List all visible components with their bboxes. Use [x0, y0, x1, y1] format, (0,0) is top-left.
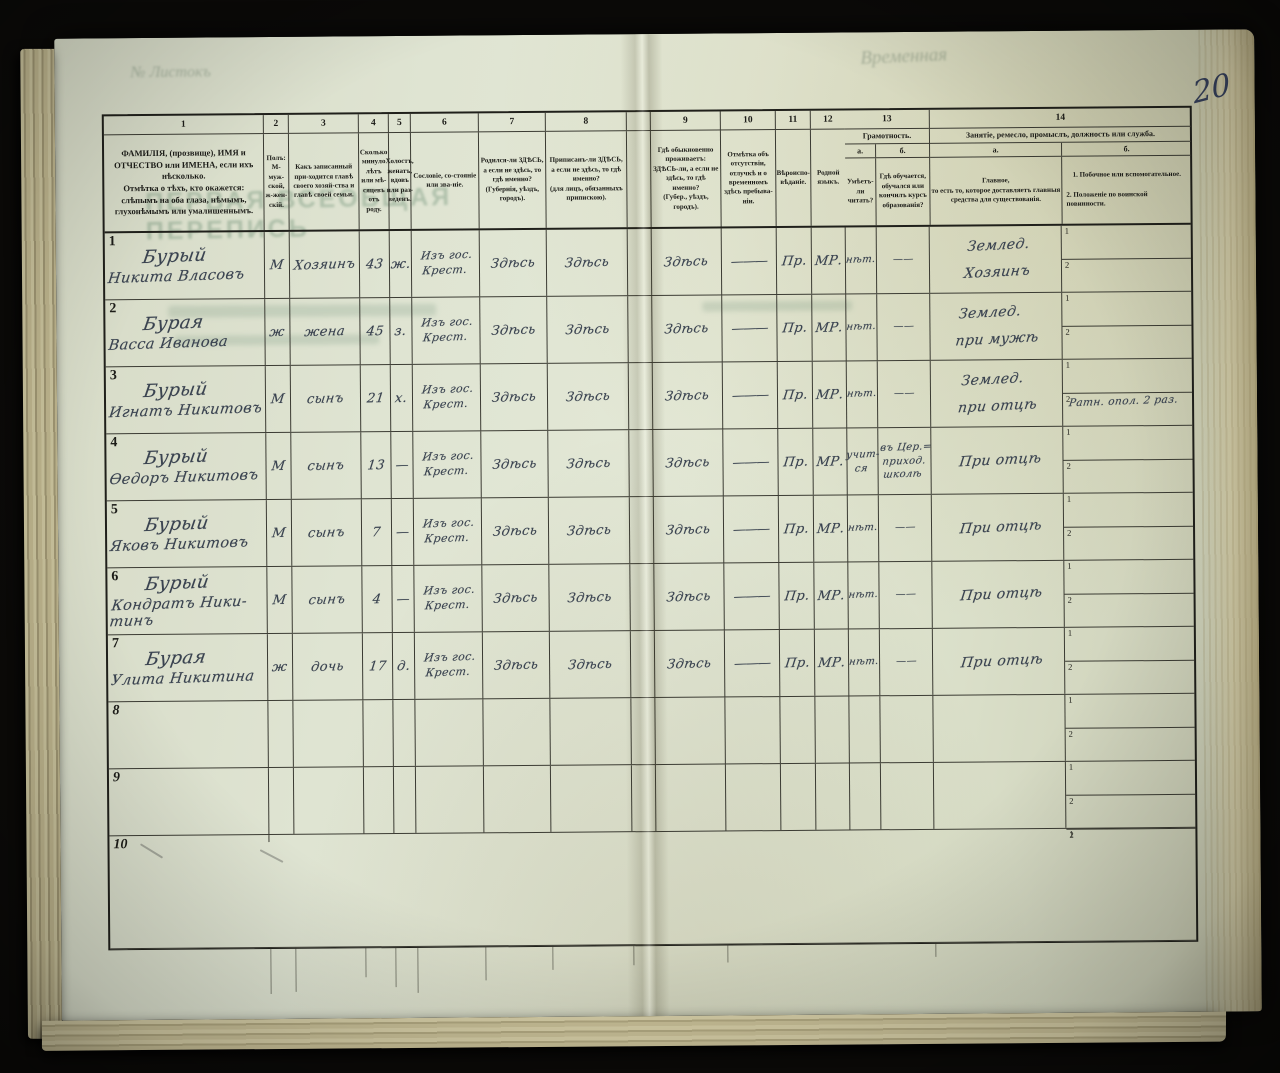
cell-main-occupation: Землед. при отцѣ	[931, 360, 1064, 427]
cell-education: ——	[877, 294, 931, 360]
cell-absence: ———	[723, 429, 779, 495]
binding-gutter	[627, 131, 652, 227]
cell-person-name: 8	[108, 701, 269, 768]
cell-main-occupation	[934, 762, 1067, 829]
cell-marital-status: ж.	[390, 231, 413, 297]
cell-birthplace: Здѣсь	[480, 230, 548, 297]
col-number: 1	[104, 115, 264, 134]
side-occupation-1: 1	[1066, 761, 1195, 795]
cell-person-name: 4 Бурый Ѳедоръ Никитовъ	[106, 433, 267, 500]
cell-birthplace	[484, 766, 552, 833]
cell-literacy: нѣт.	[848, 495, 880, 561]
cell-absence: ———	[722, 295, 778, 361]
cell-registration: Здѣсь	[547, 229, 629, 296]
given-name-value: Никита Власовъ	[107, 267, 246, 288]
table-row: 8 1 2	[108, 694, 1194, 770]
cell-estate: Изъ гос. Крест.	[414, 498, 483, 565]
col-number: 2	[264, 115, 289, 133]
cell-sex: М	[265, 232, 291, 298]
header-estate-column: Сословіе, со-стояніе или зва-ніе.	[411, 132, 480, 229]
cell-absence	[725, 697, 781, 763]
header-sub-label-b: б.	[876, 143, 929, 156]
sub-cell-number: 1	[1066, 427, 1070, 437]
header-side-occupation-1: 1. Побочное или вспомогательное.	[1073, 170, 1181, 180]
col-number: 6	[411, 113, 479, 132]
show-through-text: № Листокъ	[130, 63, 211, 82]
cell-absence: ———	[724, 496, 780, 562]
given-name-value: Игнатъ Никитовъ	[108, 401, 263, 422]
cell-side-occupation: 1 2 Ратн. опол. 2 раз.	[1063, 359, 1193, 426]
table-row: 1 Бурый Никита Власовъ М Хозяинъ 43 ж. И…	[105, 225, 1191, 301]
show-through-text: Временная	[860, 44, 948, 70]
cell-age: 13	[361, 432, 392, 498]
side-occupation-1: 1	[1064, 560, 1193, 594]
cell-relation	[294, 767, 365, 834]
table-row: 9 1 2	[109, 761, 1195, 837]
cell-age	[363, 700, 394, 766]
col-number: 7	[479, 113, 546, 132]
header-relation-column: Какъ записанный при-ходится главѣ своего…	[289, 133, 360, 230]
side-occupation-1: 1	[1065, 627, 1194, 661]
cell-relation: Хозяинъ	[290, 231, 361, 298]
col-number: 13	[845, 110, 929, 130]
cell-marital-status: з.	[390, 298, 413, 364]
cell-estate: Изъ гос. Крест.	[413, 431, 482, 498]
header-name-column: ФАМИЛІЯ, (прозвище), ИМЯ и ОТЧЕСТВО или …	[104, 134, 265, 231]
cell-estate: Изъ гос. Крест.	[415, 632, 484, 699]
cell-relation: сынъ	[291, 432, 362, 499]
header-language-column: Родной языкъ.	[811, 130, 846, 226]
cell-language: МР.	[812, 295, 847, 361]
table-row: 2 Бурая Васса Иванова ж жена 45 з. Изъ г…	[105, 292, 1191, 368]
side-occupation-2: 2	[1062, 324, 1191, 359]
cell-residence: Здѣсь	[655, 630, 726, 697]
page-stack-left-edge	[20, 49, 62, 1039]
side-occupation-1: 1	[1062, 225, 1191, 259]
cell-sex: ж	[265, 299, 291, 365]
table-body: 1 Бурый Никита Власовъ М Хозяинъ 43 ж. И…	[105, 225, 1197, 950]
sub-cell-number: 2	[1069, 728, 1073, 738]
cell-registration: Здѣсь	[549, 497, 631, 564]
cell-education: ——	[877, 227, 931, 293]
row-number: 3	[110, 368, 117, 384]
cell-education: въ Цер.= приход. школѣ	[878, 428, 932, 494]
cell-main-occupation: Землед. Хозяинъ	[930, 226, 1063, 293]
cell-estate	[416, 833, 484, 834]
cell-religion: Пр.	[780, 630, 816, 696]
cell-absence: ———	[724, 563, 780, 629]
cell-education	[881, 763, 935, 829]
sub-cell-number: 1	[1068, 628, 1072, 638]
cell-person-name: 2 Бурая Васса Иванова	[105, 299, 266, 366]
col-number: 8	[546, 112, 627, 131]
cell-religion	[781, 764, 817, 830]
table-row: 4 Бурый Ѳедоръ Никитовъ М сынъ 13 — Изъ …	[106, 426, 1192, 502]
cell-absence: ———	[723, 362, 779, 428]
header-sex-column: Полъ: М-муж-ской, ж-жен-скій.	[264, 134, 290, 230]
cell-estate	[416, 766, 485, 833]
cell-main-occupation: Землед. при мужѣ	[930, 293, 1063, 360]
sub-cell-number: 2	[1065, 326, 1069, 336]
surname-value: Бурый	[143, 445, 210, 469]
header-main-occupation: Главное, то есть то, которое доставляетъ…	[930, 156, 1063, 224]
page-stack-bottom-edge	[42, 1012, 1226, 1051]
binding-gutter	[629, 430, 654, 496]
surname-value: Бурый	[143, 512, 210, 536]
cell-birthplace: Здѣсь	[480, 297, 548, 364]
sub-cell-number: 1	[1066, 360, 1070, 370]
cell-literacy	[849, 696, 881, 762]
cell-residence: Здѣсь	[654, 563, 725, 630]
header-literacy-group: 13 Грамотность. а. б. Умѣетъ-ли читать? …	[845, 110, 931, 226]
cell-language: МР.	[812, 228, 847, 294]
cell-literacy: нѣт.	[849, 629, 881, 695]
given-name-value: Улита Никитина	[110, 669, 255, 690]
sub-cell-number: 2	[1068, 594, 1072, 604]
col-number: 5	[389, 114, 411, 132]
cell-side-occupation: 1 2	[1066, 828, 1195, 830]
cell-marital-status	[393, 700, 416, 766]
binding-gutter	[632, 765, 657, 831]
sub-cell-number: 1	[1067, 561, 1071, 571]
cell-estate: Изъ гос. Крест.	[413, 364, 482, 431]
side-occupation-1: 1	[1062, 292, 1191, 326]
cell-sex: М	[266, 366, 292, 432]
binding-gutter	[631, 698, 656, 764]
cell-literacy: учит- ся	[847, 428, 879, 494]
table-header: 1 2 3 4 5 6 7 8 9 10 11 12 ФАМИЛІЯ, (про…	[104, 108, 1191, 234]
col-number: 9	[651, 111, 721, 130]
cell-education: ——	[878, 361, 932, 427]
col-number: 10	[721, 111, 776, 129]
cell-residence: Здѣсь	[652, 295, 723, 362]
cell-side-occupation: 1 2	[1065, 627, 1195, 694]
cell-birthplace: Здѣсь	[483, 632, 551, 699]
given-name-value: Ѳедоръ Никитовъ	[108, 468, 259, 489]
sub-cell-number: 1	[1069, 762, 1073, 772]
cell-estate: Изъ гос. Крест.	[412, 230, 481, 297]
cell-literacy	[850, 763, 882, 829]
cell-education: ——	[879, 562, 933, 628]
cell-age	[364, 767, 395, 833]
cell-registration	[551, 765, 633, 832]
binding-gutter	[628, 229, 653, 295]
cell-age: 7	[362, 499, 393, 565]
binding-gutter	[628, 296, 653, 362]
binding-gutter	[631, 631, 656, 697]
side-occupation-2: 2	[1063, 458, 1192, 493]
cell-person-name: 6 Бурый Кондратъ Ники-тинъ	[107, 567, 268, 634]
cell-education	[880, 696, 934, 762]
census-table: 1 2 3 4 5 6 7 8 9 10 11 12 ФАМИЛІЯ, (про…	[102, 106, 1199, 951]
cell-age: 17	[363, 633, 394, 699]
cell-person-name: 9	[109, 768, 270, 835]
cell-side-occupation: 1 2	[1064, 560, 1194, 627]
side-occupation-2: 2	[1066, 793, 1195, 828]
cell-relation: жена	[290, 298, 361, 365]
sub-cell-number: 2	[1068, 661, 1072, 671]
row-number: 1	[109, 234, 116, 250]
side-occupation-2: 2	[1065, 659, 1194, 694]
cell-side-occupation: 1 2	[1065, 694, 1195, 761]
binding-gutter	[630, 497, 655, 563]
cell-language	[815, 697, 850, 763]
cell-main-occupation: При отцѣ	[932, 494, 1065, 561]
cell-literacy: нѣт.	[848, 562, 880, 628]
cell-marital-status	[394, 767, 417, 833]
header-sub-label-a: а.	[845, 144, 876, 157]
cell-religion	[780, 697, 816, 763]
cell-registration: Здѣсь	[548, 363, 630, 430]
cell-sex: ж	[268, 634, 294, 700]
surname-value: Бурый	[144, 571, 211, 595]
cell-age: 45	[360, 298, 391, 364]
cell-religion: Пр.	[777, 228, 813, 294]
cell-main-occupation	[933, 695, 1066, 762]
surname-value: Бурый	[142, 378, 209, 402]
sub-cell-number: 2	[1069, 830, 1073, 840]
cell-sex: М	[267, 500, 293, 566]
row-number: 7	[112, 636, 119, 652]
sub-cell-number: 2	[1067, 527, 1071, 537]
cell-registration: Здѣсь	[550, 631, 632, 698]
cell-main-occupation: При отцѣ	[933, 628, 1066, 695]
table-row: 3 Бурый Игнатъ Никитовъ М сынъ 21 х. Изъ…	[106, 359, 1192, 435]
cell-religion: Пр.	[778, 362, 814, 428]
sub-cell-number: 2	[1069, 795, 1073, 805]
cell-age: 43	[360, 231, 391, 297]
cell-literacy: нѣт.	[846, 294, 878, 360]
cell-birthplace	[483, 699, 551, 766]
cell-birthplace: Здѣсь	[482, 498, 550, 565]
cell-sex: М	[267, 567, 293, 633]
column-description-row: ФАМИЛІЯ, (прозвище), ИМЯ и ОТЧЕСТВО или …	[104, 130, 846, 232]
side-occupation-2: 2	[1064, 525, 1193, 560]
cell-birthplace: Здѣсь	[482, 565, 550, 632]
cell-registration	[551, 832, 632, 833]
cell-education: ——	[880, 629, 934, 695]
cell-marital-status: —	[391, 432, 414, 498]
given-name-value: Яковъ Никитовъ	[109, 535, 249, 556]
col-number: 14	[930, 108, 1191, 129]
cell-side-occupation: 1 2	[1066, 761, 1196, 828]
col-number: 12	[811, 111, 845, 129]
cell-religion: Пр.	[779, 496, 815, 562]
cell-marital-status: х.	[391, 365, 414, 431]
surname-value: Бурая	[144, 647, 207, 671]
sub-cell-number: 1	[1065, 226, 1069, 236]
cell-language: МР.	[813, 362, 848, 428]
row-number: 9	[113, 770, 120, 786]
cell-relation	[293, 700, 364, 767]
side-occupation-2: 2 Ратн. опол. 2 раз.	[1063, 391, 1192, 426]
cell-person-name: 3 Бурый Игнатъ Никитовъ	[106, 366, 267, 433]
table-line-tails	[110, 941, 1196, 1000]
cell-language: МР.	[814, 563, 849, 629]
cell-birthplace	[484, 833, 551, 834]
sub-cell-number: 1	[1068, 695, 1072, 705]
cell-side-occupation: 1 2	[1062, 292, 1192, 359]
cell-registration: Здѣсь	[549, 564, 631, 631]
side-occupation-1: 1	[1064, 493, 1193, 527]
header-absence-column: Отмѣтка объ отсутствіи, отлучкѣ и о врем…	[721, 130, 777, 226]
cell-literacy: нѣт.	[846, 227, 878, 293]
cell-sex: М	[266, 433, 292, 499]
given-name-value: Кондратъ Ники-тинъ	[108, 594, 267, 631]
cell-absence: ———	[725, 630, 781, 696]
header-registration-column: Приписанъ-ли ЗДѢСЬ, а если не здѣсь, то …	[546, 131, 628, 228]
header-birthplace-column: Родился-ли ЗДѢСЬ, а если не здѣсь, то гд…	[479, 132, 547, 229]
sub-cell-number: 1	[1067, 494, 1071, 504]
cell-main-occupation	[934, 829, 1066, 830]
header-side-occupation-2: 2. Положеніе по воинской повинности.	[1066, 189, 1187, 209]
header-side-occupation: 1. Побочное или вспомогательное. 2. Поло…	[1062, 155, 1192, 223]
cell-language	[816, 764, 851, 830]
cell-religion: Пр.	[777, 295, 813, 361]
cell-relation: сынъ	[291, 365, 362, 432]
cell-marital-status: д.	[393, 633, 416, 699]
table-row: 5 Бурый Яковъ Никитовъ М сынъ 7 — Изъ го…	[107, 493, 1193, 569]
cell-literacy: нѣт.	[847, 361, 879, 427]
col-number: 3	[289, 114, 359, 133]
row-number: 4	[110, 435, 117, 451]
cell-residence: Здѣсь	[654, 496, 725, 563]
photo-background: { "photo": { "page_number": "20" }, "gho…	[0, 0, 1280, 1073]
cell-age: 4	[362, 566, 393, 632]
cell-person-name: 5 Бурый Яковъ Никитовъ	[107, 500, 268, 567]
side-occupation-2: 2	[1066, 726, 1195, 761]
cell-relation	[294, 834, 364, 835]
cell-person-name: 7 Бурая Улита Никитина	[108, 634, 269, 701]
table-row: 10 1 2	[109, 828, 1196, 950]
header-residence-column: Гдѣ обыкновенно проживаетъ: ЗДѢСЬ-ли, а …	[651, 130, 722, 227]
cell-religion: Пр.	[778, 429, 814, 495]
cell-residence: Здѣсь	[653, 362, 724, 429]
side-occupation-1: 1	[1063, 359, 1192, 393]
cell-absence: ———	[722, 228, 778, 294]
cell-registration	[550, 698, 632, 765]
cell-sex	[268, 701, 294, 767]
header-education: Гдѣ обучается, обучался или кончилъ курс…	[876, 157, 930, 225]
cell-side-occupation: 1 2	[1063, 426, 1193, 493]
cell-absence	[726, 764, 782, 830]
table-row: 6 Бурый Кондратъ Ники-тинъ М сынъ 4 — Из…	[107, 560, 1193, 636]
cell-birthplace: Здѣсь	[481, 431, 549, 498]
cell-residence: Здѣсь	[653, 429, 724, 496]
cell-person-name: 10	[109, 835, 269, 843]
row-number: 2	[109, 301, 116, 317]
header-marital-column: Холостъ, женатъ, вдовъ или раз-веденъ.	[389, 133, 412, 229]
cell-registration: Здѣсь	[547, 296, 629, 363]
cell-estate: Изъ гос. Крест.	[412, 297, 481, 364]
given-name-value: Васса Иванова	[107, 335, 228, 355]
sub-cell-number: 2	[1067, 460, 1071, 470]
cell-relation: дочь	[293, 633, 364, 700]
census-ledger-page: № Листокъ Временная ПЕРВАЯ ВСЕОБЩАЯ ПЕРЕ…	[54, 29, 1262, 1020]
col-number: 11	[776, 111, 811, 129]
header-religion-column: Вѣроиспо-вѣданіе.	[776, 130, 812, 226]
surname-value: Бурый	[141, 244, 208, 268]
page-fore-edge	[1198, 29, 1262, 1011]
header-can-read: Умѣетъ-ли читать?	[845, 158, 877, 226]
cell-residence: Здѣсь	[652, 228, 723, 295]
binding-gutter	[627, 112, 651, 130]
cell-residence	[656, 764, 727, 831]
cell-person-name: 1 Бурый Никита Власовъ	[105, 232, 266, 299]
cell-main-occupation: При отцѣ	[932, 561, 1065, 628]
sub-cell-number: 2	[1065, 259, 1069, 269]
sub-cell-number: 1	[1065, 293, 1069, 303]
col-number: 4	[359, 114, 389, 132]
binding-gutter	[630, 564, 655, 630]
side-occupation-1: 1	[1063, 426, 1192, 460]
row-number: 10	[113, 837, 127, 853]
cell-residence	[656, 831, 726, 832]
cell-sex	[269, 768, 295, 834]
row-number: 5	[111, 502, 118, 518]
cell-marital-status: —	[392, 499, 415, 565]
cell-language: МР.	[815, 630, 850, 696]
row-number: 8	[112, 703, 119, 719]
cell-birthplace: Здѣсь	[481, 364, 549, 431]
cell-religion: Пр.	[779, 563, 815, 629]
header-occupation-group: 14 Занятіе, ремесло, промыслъ, должность…	[930, 108, 1192, 225]
row-number: 6	[111, 569, 118, 585]
surname-value: Бурая	[142, 312, 205, 336]
cell-language: МР.	[813, 429, 848, 495]
side-occupation-1: 1	[1065, 694, 1194, 728]
table-row: 7 Бурая Улита Никитина ж дочь 17 д. Изъ …	[108, 627, 1194, 703]
cell-marital-status: —	[392, 566, 415, 632]
cell-relation: сынъ	[292, 499, 363, 566]
cell-side-occupation: 1 2	[1062, 225, 1192, 292]
cell-relation: сынъ	[292, 566, 363, 633]
cell-residence	[655, 697, 726, 764]
cell-language: МР.	[814, 496, 849, 562]
cell-estate	[415, 699, 484, 766]
cell-age: 21	[361, 365, 392, 431]
header-sub-label-a: а.	[930, 142, 1062, 156]
cell-side-occupation: 1 2	[1064, 493, 1194, 560]
side-occupation-2: 2	[1066, 828, 1195, 830]
header-literacy-title: Грамотность.	[845, 129, 929, 144]
side-occupation-2: 2	[1065, 592, 1194, 627]
binding-gutter	[629, 363, 654, 429]
header-sub-label-b: б.	[1062, 141, 1191, 155]
cell-registration: Здѣсь	[548, 430, 630, 497]
cell-education: ——	[879, 495, 933, 561]
cell-main-occupation: При отцѣ	[931, 427, 1064, 494]
cell-estate: Изъ гос. Крест.	[414, 565, 483, 632]
side-occupation-2: 2	[1062, 257, 1191, 292]
